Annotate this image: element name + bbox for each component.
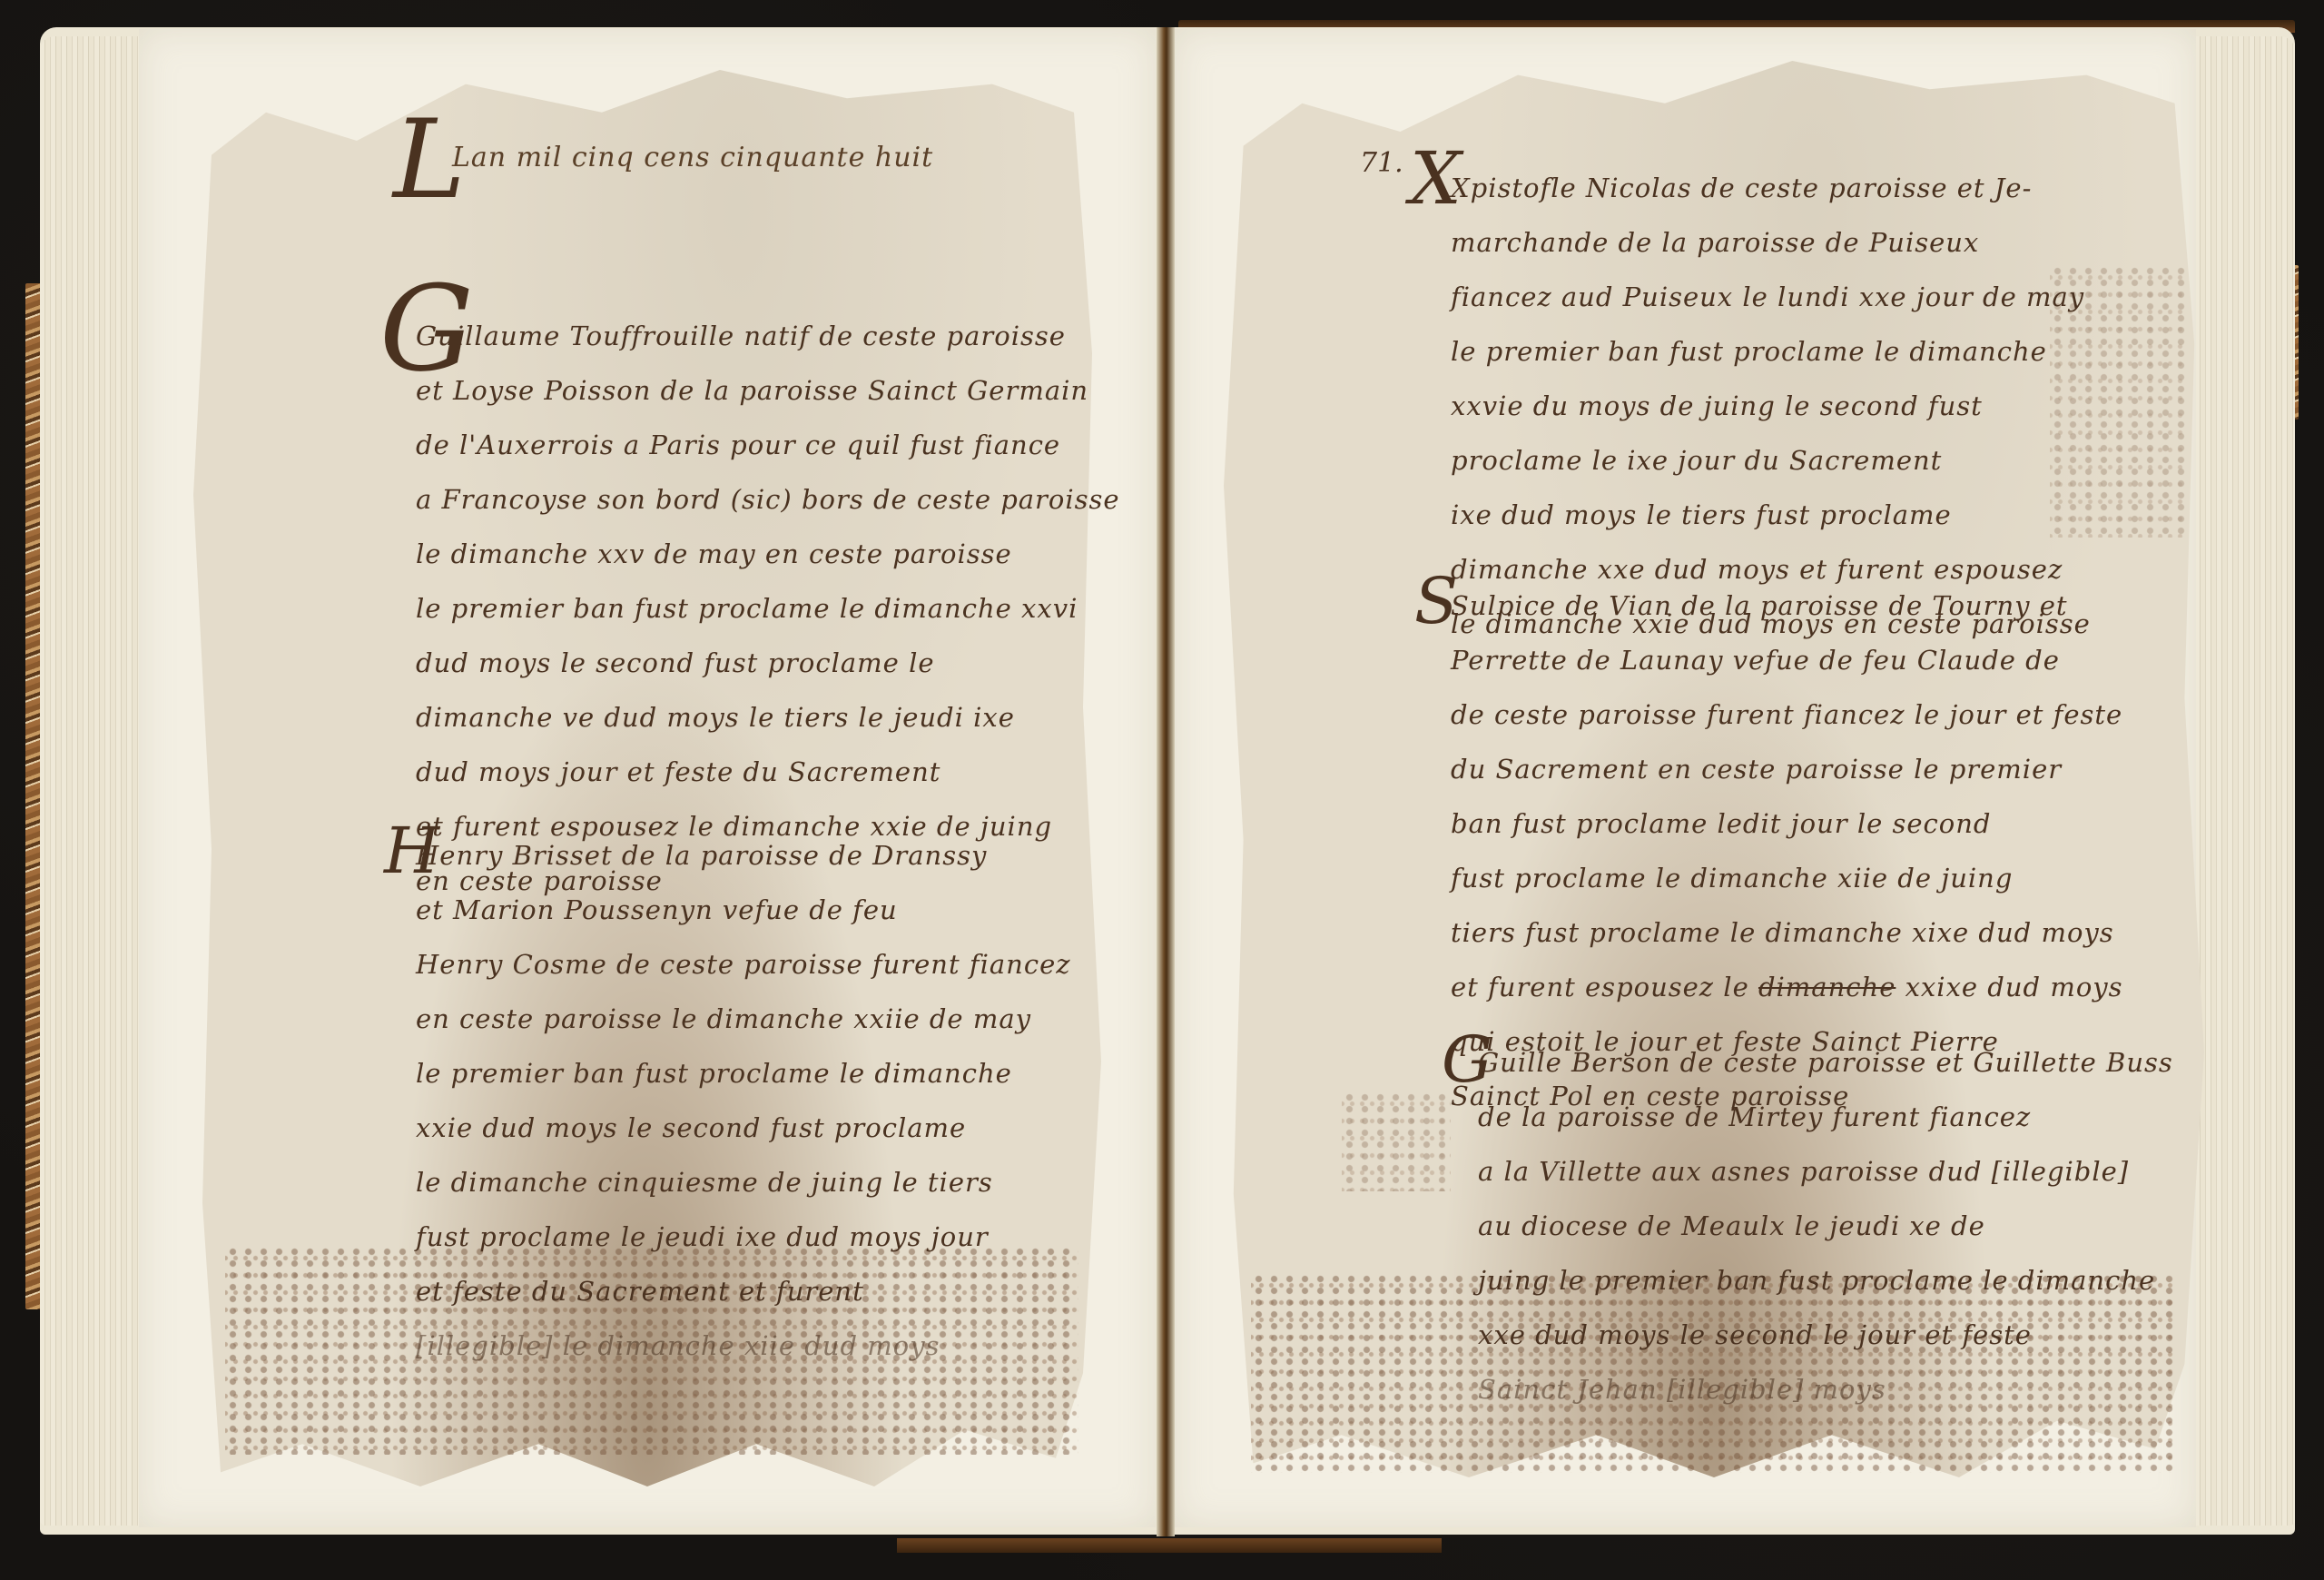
text-line: xxe dud moys le second le jour et feste: [1478, 1308, 2173, 1362]
text-line: ixe dud moys le tiers fust proclame: [1451, 488, 2091, 542]
book-gutter: [1157, 27, 1175, 1536]
text-line: dud moys jour et feste du Sacrement: [416, 745, 1120, 799]
text-line-faded: [illegible] le dimanche xiie dud moys: [416, 1318, 1071, 1373]
text-line: a Francoyse son bord (sic) bors de ceste…: [416, 472, 1120, 527]
page-stack-left: [40, 36, 140, 1526]
text-line: Henry Cosme de ceste paroisse furent fia…: [416, 937, 1071, 992]
text-line: juing le premier ban fust proclame le di…: [1478, 1253, 2173, 1308]
text-line: de l'Auxerrois a Paris pour ce quil fust…: [416, 418, 1120, 472]
text-line: au diocese de Meaulx le jeudi xe de: [1478, 1199, 2173, 1253]
left-entry-2: Henry Brisset de la paroisse de Dranssy …: [416, 828, 1071, 1373]
left-page-heading: Lan mil cinq cens cinquante huit: [452, 131, 933, 185]
open-book: L Lan mil cinq cens cinquante huit G Gui…: [25, 20, 2299, 1564]
right-entry-1: Xpistofle Nicolas de ceste paroisse et J…: [1451, 161, 2091, 651]
text-line: ban fust proclame ledit jour le second: [1451, 796, 2123, 851]
text-line: le premier ban fust proclame le dimanche: [1451, 324, 2091, 379]
text-line: du Sacrement en ceste paroisse le premie…: [1451, 742, 2123, 796]
text-line: marchande de la paroisse de Puiseux: [1451, 215, 2091, 270]
text-line: dud moys le second fust proclame le: [416, 636, 1120, 690]
folio-number: 71.: [1360, 147, 1403, 179]
text-line: et Loyse Poisson de la paroisse Sainct G…: [416, 363, 1120, 418]
text-line: a la Villette aux asnes paroisse dud [il…: [1478, 1144, 2173, 1199]
mold-damage-right-margin: [1342, 1091, 1451, 1191]
text-line: et Marion Poussenyn vefue de feu: [416, 883, 1071, 937]
text-line: dimanche ve dud moys le tiers le jeudi i…: [416, 690, 1120, 745]
page-stack-right: [2195, 36, 2295, 1526]
text-line: et feste du Sacrement et furent: [416, 1264, 1071, 1318]
text-line: le premier ban fust proclame le dimanche: [416, 1046, 1071, 1101]
text-line: fust proclame le dimanche xiie de juing: [1451, 851, 2123, 905]
text-line: xxvie du moys de juing le second fust: [1451, 379, 2091, 433]
text-line: tiers fust proclame le dimanche xixe dud…: [1451, 905, 2123, 960]
text-line: en ceste paroisse le dimanche xxiie de m…: [416, 992, 1071, 1046]
right-entry-3: Guille Berson de ceste paroisse et Guill…: [1478, 1035, 2173, 1417]
text-line: proclame le ixe jour du Sacrement: [1451, 433, 2091, 488]
text-line-faded: Sainct Jehan [illegible] moys: [1478, 1362, 2173, 1417]
text-line: Xpistofle Nicolas de ceste paroisse et J…: [1451, 161, 2091, 215]
text-line: Guille Berson de ceste paroisse et Guill…: [1478, 1035, 2173, 1090]
text-line: Sulpice de Vian de la paroisse de Tourny…: [1451, 578, 2123, 633]
text-line: Henry Brisset de la paroisse de Dranssy: [416, 828, 1071, 883]
text-line: le premier ban fust proclame le dimanche…: [416, 581, 1120, 636]
text-line: fust proclame le jeudi ixe dud moys jour: [416, 1210, 1071, 1264]
heading-line: Lan mil cinq cens cinquante huit: [452, 131, 933, 185]
text-line: de ceste paroisse furent fiancez le jour…: [1451, 687, 2123, 742]
left-entry-1: Guillaume Touffrouille natif de ceste pa…: [416, 309, 1120, 908]
text-line: Perrette de Launay vefue de feu Claude d…: [1451, 633, 2123, 687]
text-line: de la paroisse de Mirtey furent fiancez: [1478, 1090, 2173, 1144]
text-line: fiancez aud Puiseux le lundi xxe jour de…: [1451, 270, 2091, 324]
text-line: Guillaume Touffrouille natif de ceste pa…: [416, 309, 1120, 363]
text-line: le dimanche xxv de may en ceste paroisse: [416, 527, 1120, 581]
text-line: le dimanche cinquiesme de juing le tiers: [416, 1155, 1071, 1210]
struck-word: dimanche: [1758, 972, 1896, 1002]
cover-edge-bottom: [897, 1538, 1442, 1553]
text-line-with-strikethrough: et furent espousez le dimanche xxixe dud…: [1451, 960, 2123, 1014]
text-line: xxie dud moys le second fust proclame: [416, 1101, 1071, 1155]
